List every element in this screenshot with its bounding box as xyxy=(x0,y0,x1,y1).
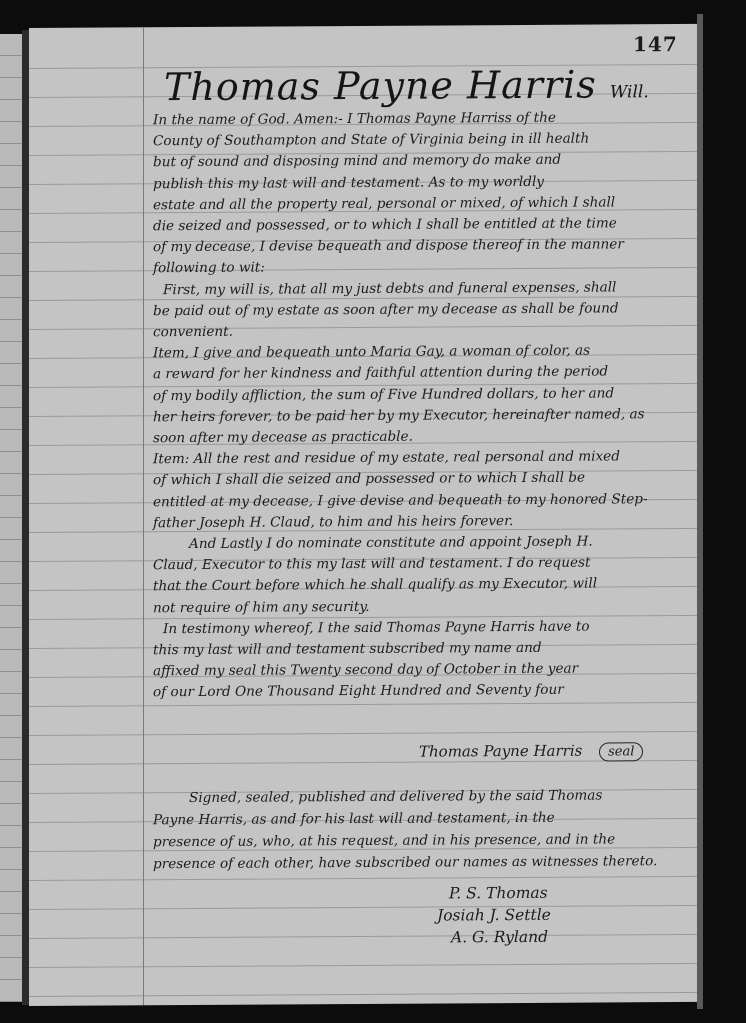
book-binding xyxy=(22,30,29,1005)
attestation-clause: Signed, sealed, published and delivered … xyxy=(153,784,698,875)
body-line: of my decease, I devise bequeath and dis… xyxy=(153,234,693,259)
ledger-page: 147 Thomas Payne Harris Will. In the nam… xyxy=(29,24,697,1006)
body-line: her heirs forever, to be paid her by my … xyxy=(153,404,693,429)
body-line: entitled at my decease, I give devise an… xyxy=(153,489,693,514)
testator-signature: Thomas Payne Harris seal xyxy=(419,741,643,762)
witness-signature: Josiah J. Settle xyxy=(429,904,551,927)
signature-name: Thomas Payne Harris xyxy=(419,742,582,761)
margin-rule xyxy=(143,27,144,1005)
body-line: be paid out of my estate as soon after m… xyxy=(153,298,693,323)
body-line: of our Lord One Thousand Eight Hundred a… xyxy=(153,679,693,704)
body-line: First, my will is, that all my just debt… xyxy=(153,277,693,302)
body-line: Item: All the rest and residue of my est… xyxy=(153,446,693,471)
body-line: of my bodily affliction, the sum of Five… xyxy=(153,383,693,408)
will-body: In the name of God. Amen:- I Thomas Payn… xyxy=(153,107,693,704)
title-suffix: Will. xyxy=(610,82,649,102)
witness-signature: P. S. Thomas xyxy=(429,882,551,905)
attestation-line: presence of each other, have subscribed … xyxy=(153,850,698,875)
title-name: Thomas Payne Harris xyxy=(164,63,597,110)
seal-mark: seal xyxy=(599,742,643,761)
previous-page-edge xyxy=(0,34,22,1002)
page-number: 147 xyxy=(633,32,678,56)
witness-signatures: P. S. Thomas Josiah J. Settle A. G. Ryla… xyxy=(429,882,551,949)
witness-signature: A. G. Ryland xyxy=(429,926,551,949)
document-title: Thomas Payne Harris Will. xyxy=(164,62,649,109)
